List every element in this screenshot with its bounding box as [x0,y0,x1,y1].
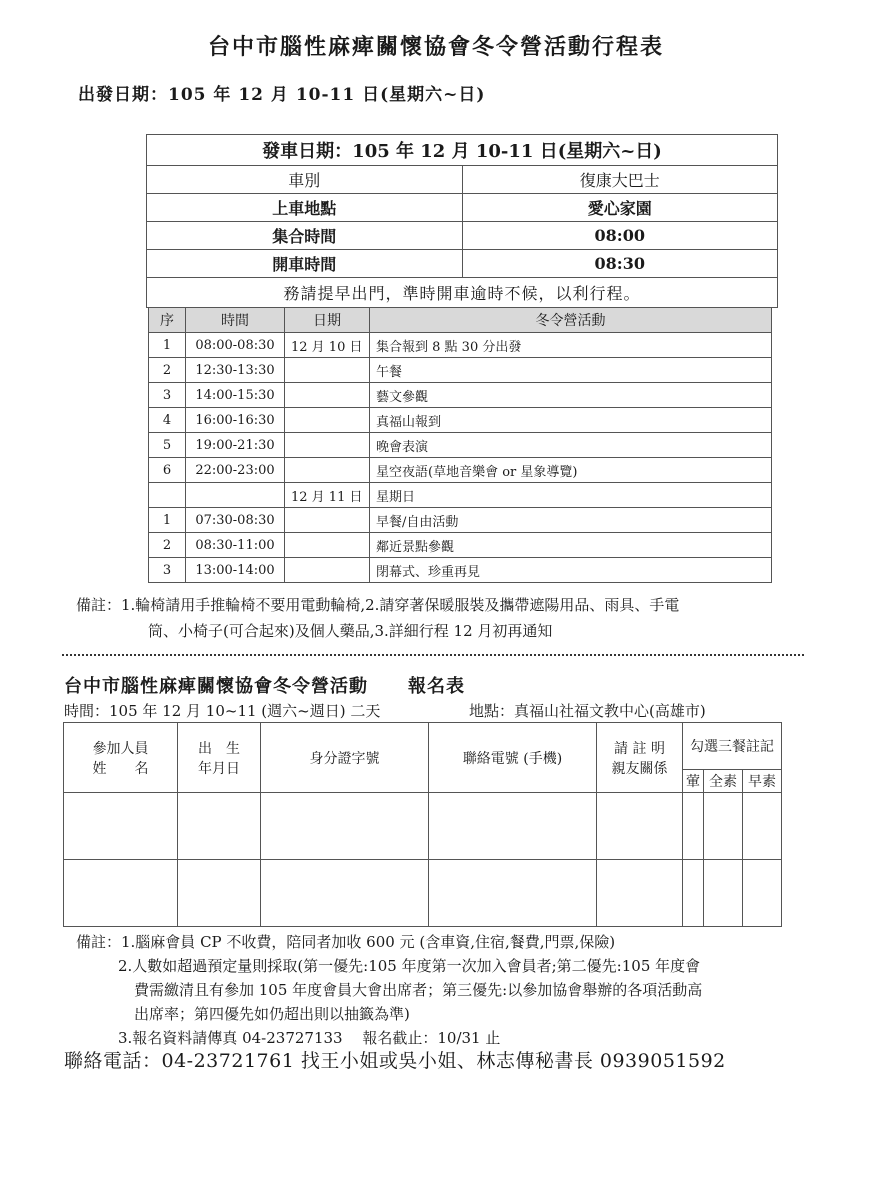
schedule-row: 212:30-13:30午餐 [149,358,772,383]
col-relation: 請 註 明親友關係 [597,723,683,793]
row-time: 07:30-08:30 [186,508,285,533]
col-id-number: 身分證字號 [261,723,429,793]
row-activity: 鄰近景點參觀 [370,533,772,558]
row-time: 08:30-11:00 [186,533,285,558]
row-date: 12 月 10 日 [285,333,370,358]
vegan-checkbox[interactable] [704,793,743,860]
row-activity: 集合報到 8 點 30 分出發 [370,333,772,358]
row-activity: 藝文參觀 [370,383,772,408]
name-field[interactable] [64,793,178,860]
row-number: 3 [149,383,186,408]
registration-title: 台中市腦性麻痺關懷協會冬令營活動報名表 [64,672,465,698]
row-date [285,383,370,408]
morning-veg-checkbox[interactable] [743,793,782,860]
row-number: 1 [149,333,186,358]
cut-line-divider [62,654,804,656]
col-date: 日期 [285,308,370,333]
row-date [285,408,370,433]
note-line: 筒、小椅子(可合起來)及個人藥品,3.詳細行程 12 月初再通知 [76,618,856,644]
row-activity: 星期日 [370,483,772,508]
registration-notes: 備註：1.腦麻會員 CP 不收費，陪同者加收 600 元 (含車資,住宿,餐費,… [76,930,806,1050]
row-date [285,358,370,383]
phone-field[interactable] [429,793,597,860]
bus-type-label: 車別 [147,166,463,194]
schedule-row: 12 月 11 日星期日 [149,483,772,508]
row-time: 16:00-16:30 [186,408,285,433]
row-date [285,533,370,558]
punctuality-note: 務請提早出門，準時開車逾時不候，以利行程。 [147,278,778,308]
schedule-table: 序 時間 日期 冬令營活動 108:00-08:3012 月 10 日集合報到 … [148,307,772,583]
depart-time-value: 08:30 [462,250,778,278]
bus-date-header: 發車日期：105 年 12 月 10-11 日(星期六~日) [147,135,778,166]
schedule-notes: 備註：1.輪椅請用手推輪椅不要用電動輪椅,2.請穿著保暖服裝及攜帶遮陽用品、雨具… [76,592,856,644]
schedule-row: 108:00-08:3012 月 10 日集合報到 8 點 30 分出發 [149,333,772,358]
note-line: 備註：1.腦麻會員 CP 不收費，陪同者加收 600 元 (含車資,住宿,餐費,… [76,930,806,954]
row-time: 14:00-15:30 [186,383,285,408]
row-activity: 晚會表演 [370,433,772,458]
pickup-location-value: 愛心家園 [462,194,778,222]
schedule-row: 622:00-23:00星空夜語(草地音樂會 or 星象導覽) [149,458,772,483]
contact-info: 聯絡電話：04-23721761 找王小姐或吳小姐、林志傳秘書長 0939051… [64,1046,726,1073]
phone-field[interactable] [429,860,597,927]
relation-field[interactable] [597,860,683,927]
meat-checkbox[interactable] [683,860,704,927]
row-activity: 閉幕式、珍重再見 [370,558,772,583]
note-line: 2.人數如超過預定量則採取(第一優先:105 年度第一次加入會員者;第二優先:1… [76,954,806,978]
row-number: 2 [149,358,186,383]
row-time: 19:00-21:30 [186,433,285,458]
row-activity: 真福山報到 [370,408,772,433]
birthdate-field[interactable] [178,793,261,860]
row-time: 22:00-23:00 [186,458,285,483]
schedule-row: 416:00-16:30真福山報到 [149,408,772,433]
meat-checkbox[interactable] [683,793,704,860]
row-time [186,483,285,508]
row-activity: 早餐/自由活動 [370,508,772,533]
row-date [285,458,370,483]
row-time: 08:00-08:30 [186,333,285,358]
row-date: 12 月 11 日 [285,483,370,508]
pickup-location-label: 上車地點 [147,194,463,222]
note-line: 備註：1.輪椅請用手推輪椅不要用電動輪椅,2.請穿著保暖服裝及攜帶遮陽用品、雨具… [76,592,856,618]
col-activity: 冬令營活動 [370,308,772,333]
departure-date: 出發日期：105 年 12 月 10-11 日(星期六~日) [78,80,485,105]
row-date [285,508,370,533]
form-row [64,860,782,927]
row-number: 5 [149,433,186,458]
schedule-row: 519:00-21:30晚會表演 [149,433,772,458]
row-date [285,558,370,583]
form-row [64,793,782,860]
schedule-row: 314:00-15:30藝文參觀 [149,383,772,408]
row-number: 1 [149,508,186,533]
id-field[interactable] [261,860,429,927]
col-meals: 勾選三餐註記 [683,723,782,770]
col-time: 時間 [186,308,285,333]
bus-type-value: 復康大巴士 [462,166,778,194]
schedule-row: 313:00-14:00閉幕式、珍重再見 [149,558,772,583]
gather-time-label: 集合時間 [147,222,463,250]
note-line: 出席率；第四優先如仍超出則以抽籤為準) [76,1002,806,1026]
registration-form-label: 報名表 [408,676,465,697]
row-time: 13:00-14:00 [186,558,285,583]
gather-time-value: 08:00 [462,222,778,250]
col-phone: 聯絡電號 (手機) [429,723,597,793]
event-place: 地點：真福山社福文教中心(高雄市) [469,700,706,721]
morning-veg-checkbox[interactable] [743,860,782,927]
id-field[interactable] [261,793,429,860]
event-time: 時間：105 年 12 月 10~11 (週六~週日) 二天 [64,702,380,720]
schedule-row: 208:30-11:00鄰近景點參觀 [149,533,772,558]
meal-morning-veg: 早素 [743,770,782,793]
document-title: 台中市腦性麻痺關懷協會冬令營活動行程表 [0,30,872,61]
registration-form-table: 參加人員姓 名 出 生年月日 身分證字號 聯絡電號 (手機) 請 註 明親友關係… [63,722,782,927]
vegan-checkbox[interactable] [704,860,743,927]
name-field[interactable] [64,860,178,927]
col-no: 序 [149,308,186,333]
row-number: 2 [149,533,186,558]
meal-vegan: 全素 [704,770,743,793]
row-number: 3 [149,558,186,583]
row-time: 12:30-13:30 [186,358,285,383]
row-number [149,483,186,508]
meal-meat: 葷 [683,770,704,793]
row-number: 6 [149,458,186,483]
row-date [285,433,370,458]
note-line: 費需繳清且有參加 105 年度會員大會出席者；第三優先:以參加協會舉辦的各項活動… [76,978,806,1002]
row-number: 4 [149,408,186,433]
depart-time-label: 開車時間 [147,250,463,278]
row-activity: 星空夜語(草地音樂會 or 星象導覽) [370,458,772,483]
col-birthdate: 出 生年月日 [178,723,261,793]
relation-field[interactable] [597,793,683,860]
bus-info-table: 發車日期：105 年 12 月 10-11 日(星期六~日) 車別復康大巴士 上… [146,134,778,308]
row-activity: 午餐 [370,358,772,383]
registration-meta: 時間：105 年 12 月 10~11 (週六~週日) 二天 地點：真福山社福文… [64,700,794,721]
col-participant-name: 參加人員姓 名 [64,723,178,793]
registration-org: 台中市腦性麻痺關懷協會冬令營活動 [64,676,368,697]
birthdate-field[interactable] [178,860,261,927]
schedule-row: 107:30-08:30早餐/自由活動 [149,508,772,533]
